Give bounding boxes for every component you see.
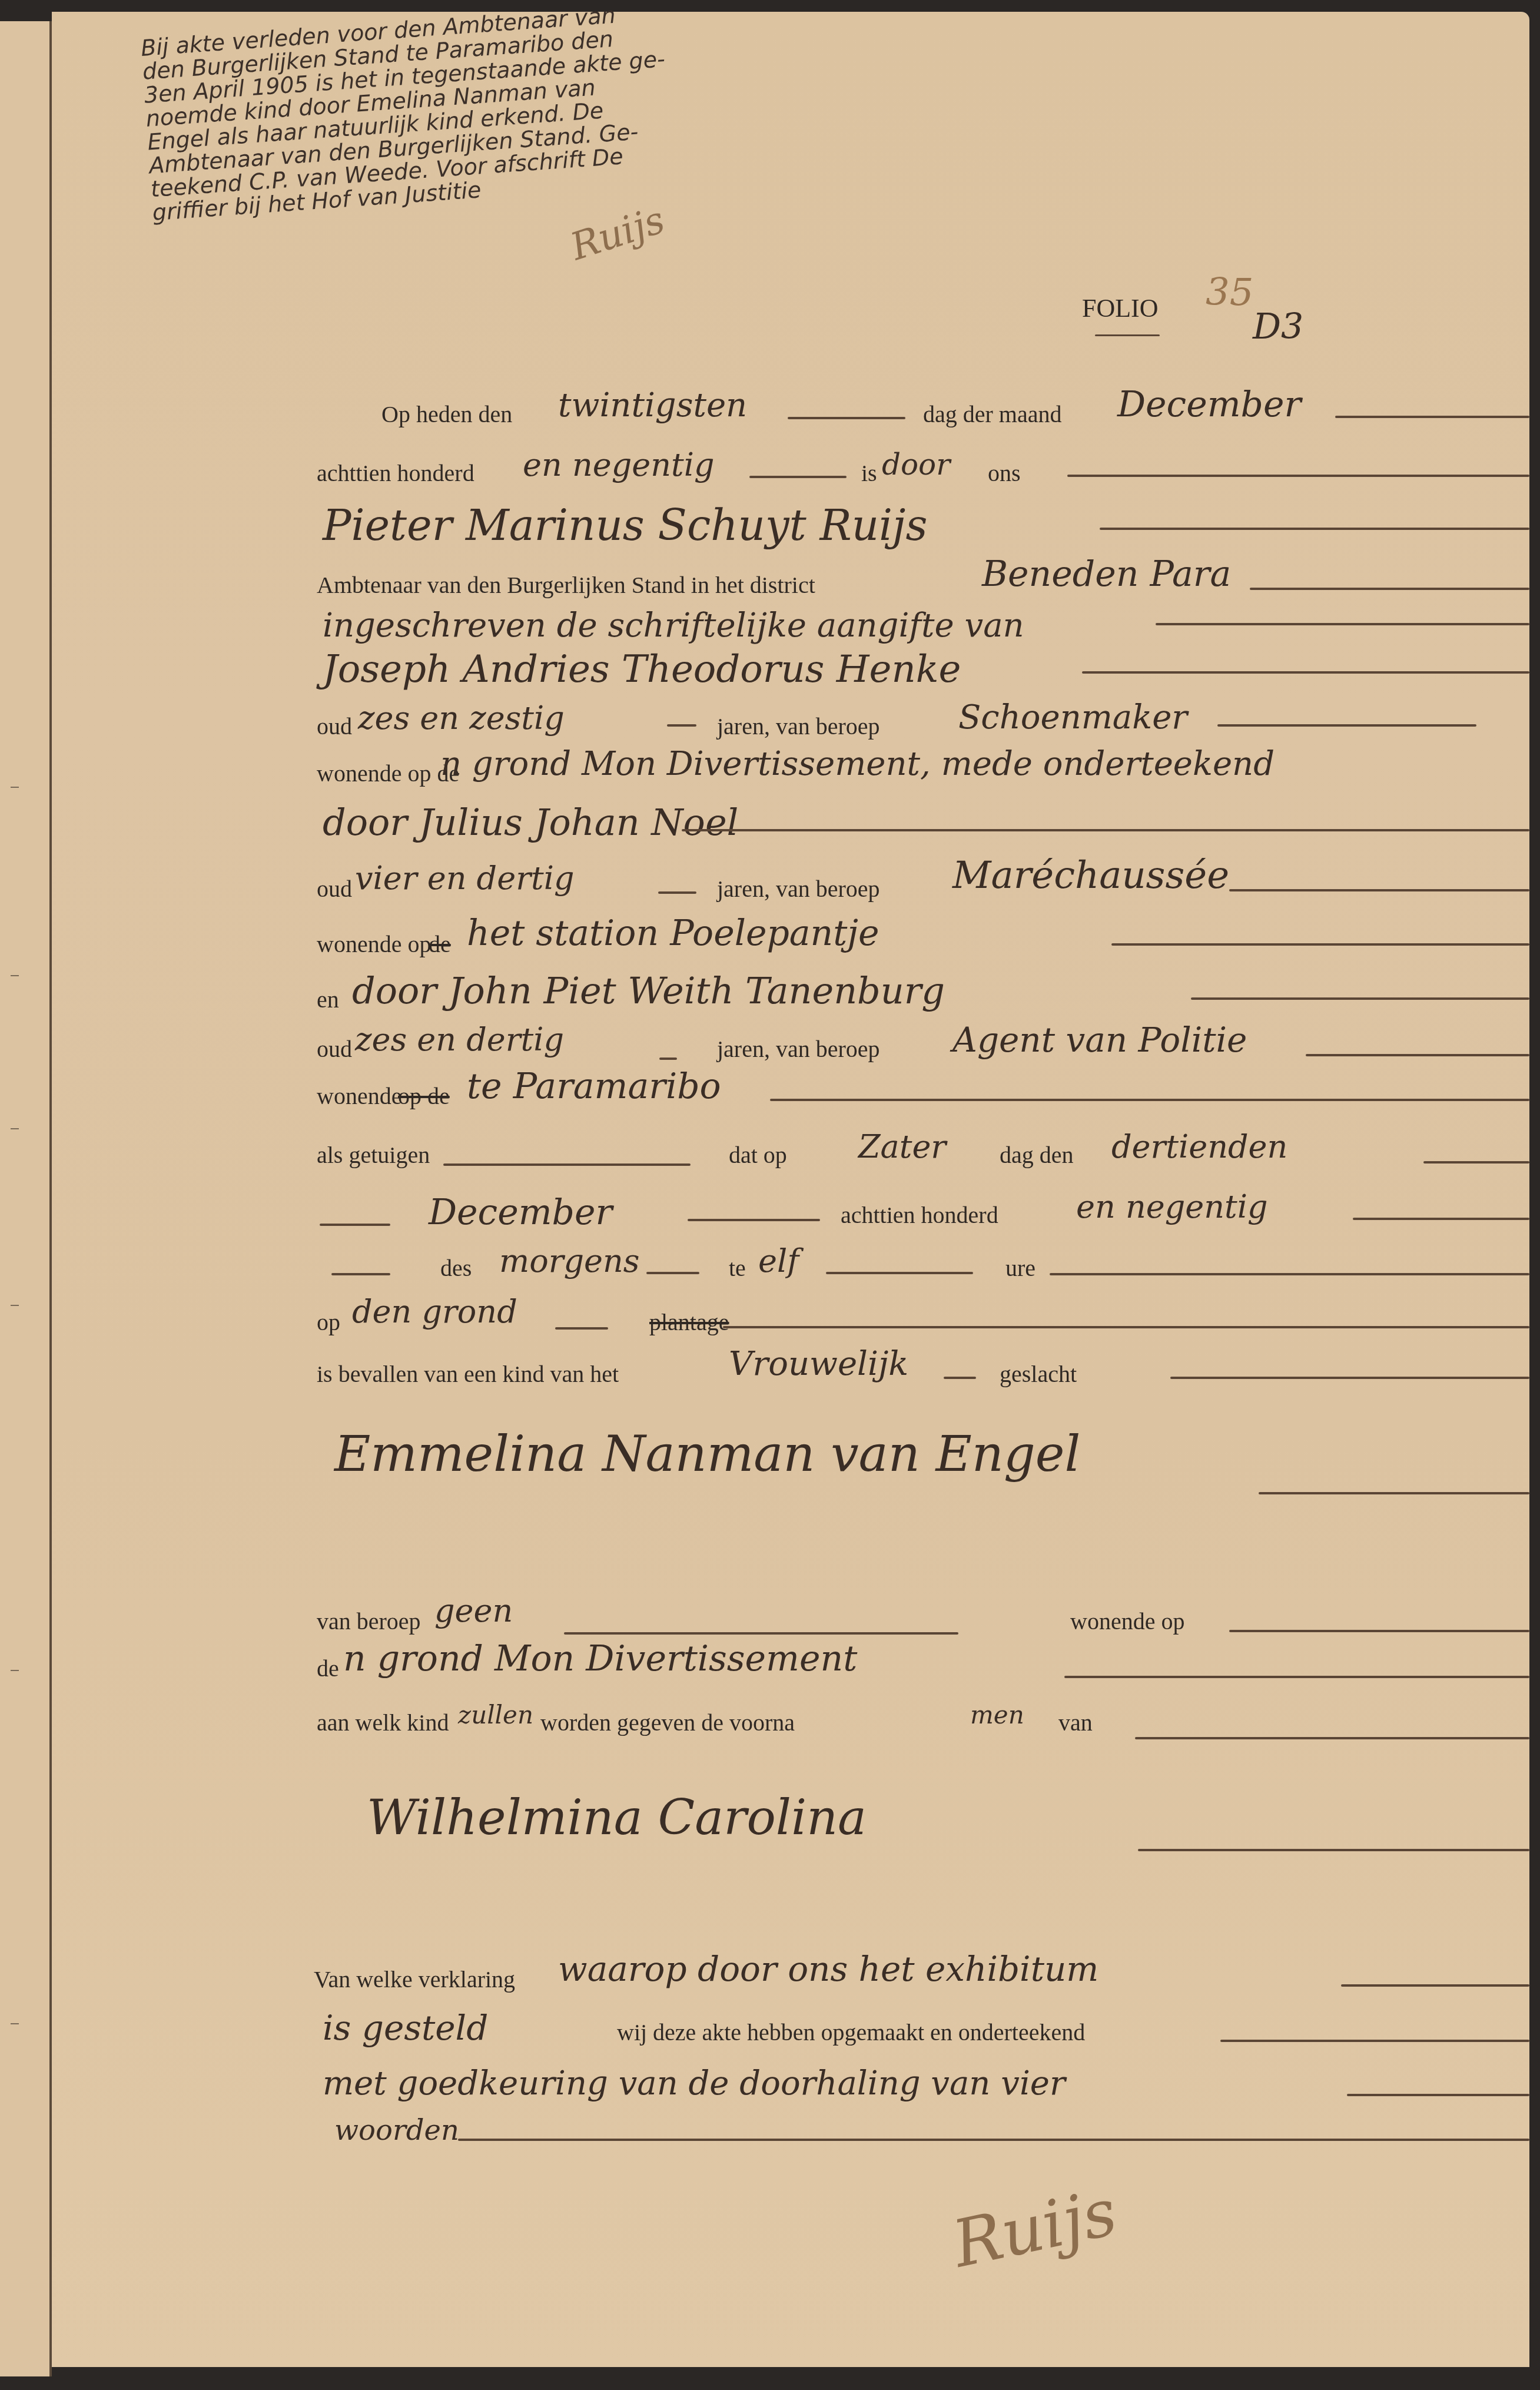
handwritten-age: vier en dertig — [355, 860, 575, 897]
fill-line — [646, 1272, 699, 1274]
fill-line — [749, 476, 847, 478]
fill-line — [688, 1219, 820, 1221]
fill-line — [1259, 1492, 1529, 1494]
printed-text: Ambtenaar van den Burgerlijken Stand in … — [317, 571, 815, 599]
fill-line — [1217, 724, 1476, 727]
printed-text: dag den — [1000, 1141, 1074, 1169]
handwritten-mother-name: Emmelina Nanman van Engel — [334, 1425, 1080, 1483]
handwritten-place: den grond — [352, 1293, 517, 1330]
fill-line — [723, 1326, 1529, 1328]
printed-text: van beroep — [317, 1607, 421, 1635]
printed-text: oud — [317, 712, 352, 740]
fill-line — [944, 1377, 976, 1379]
fill-line — [1064, 1676, 1529, 1678]
fill-line — [1100, 528, 1529, 530]
printed-text: van — [1058, 1709, 1093, 1736]
fill-line — [1138, 1849, 1529, 1851]
printed-text: Van welke verklaring — [314, 1965, 515, 1993]
handwritten-residence: te Paramaribo — [467, 1066, 721, 1107]
handwritten-time-of-day: morgens — [499, 1242, 640, 1279]
printed-text: jaren, van beroep — [717, 875, 880, 903]
printed-text: worden gegeven de voorna — [540, 1709, 795, 1736]
fill-line — [1306, 1054, 1529, 1056]
printed-text: is bevallen van een kind van het — [317, 1360, 619, 1388]
folio-annotation: D3 — [1253, 306, 1303, 347]
handwritten-birth-year: en negentig — [1076, 1188, 1267, 1225]
printed-text: geslacht — [1000, 1360, 1077, 1388]
fill-line — [826, 1272, 973, 1274]
fill-line — [1067, 475, 1529, 477]
printed-text: des — [440, 1254, 472, 1282]
folio-label: FOLIO — [1082, 293, 1159, 323]
fill-line — [1335, 416, 1529, 418]
printed-text: achttien honderd — [841, 1201, 998, 1229]
fill-line — [564, 1632, 958, 1635]
printed-text: wonende op de — [317, 760, 459, 787]
fill-line — [682, 829, 1529, 831]
fill-line — [320, 1224, 390, 1226]
handwritten-witness1-name: door Julius Johan Noel — [323, 801, 738, 844]
fill-line — [458, 2139, 1529, 2141]
printed-text: jaren, van beroep — [717, 1035, 880, 1063]
printed-text: jaren, van beroep — [717, 712, 880, 740]
fill-line — [770, 1099, 1529, 1101]
handwritten-mother-residence: n grond Mon Divertissement — [343, 1638, 857, 1679]
handwritten-declarant-name: Joseph Andries Theodorus Henke — [323, 648, 961, 691]
handwritten-age: zes en zestig — [358, 700, 565, 737]
printed-text: ons — [988, 459, 1021, 487]
handwritten-occupation: Maréchaussée — [952, 854, 1229, 897]
fill-line — [659, 1058, 677, 1060]
printed-text: is — [861, 459, 877, 487]
printed-text: wonende op — [1070, 1607, 1184, 1635]
fill-line — [331, 1273, 390, 1275]
printed-text: dat op — [729, 1141, 787, 1169]
printed-text: oud — [317, 875, 352, 903]
printed-text: ure — [1005, 1254, 1035, 1282]
handwritten-occupation: Schoenmaker — [958, 698, 1187, 737]
handwritten-residence: het station Poelepantje — [467, 913, 879, 954]
handwritten-age: zes en dertig — [355, 1021, 564, 1058]
printed-text: wij deze akte hebben opgemaakt en ondert… — [617, 2018, 1085, 2046]
margin-note-signature: Ruijs — [566, 198, 670, 270]
fill-line — [658, 891, 696, 894]
struck-printed-text: de — [429, 930, 451, 958]
printed-text: en — [317, 986, 339, 1013]
fill-line — [1050, 1273, 1529, 1275]
fill-line — [1250, 588, 1529, 590]
handwritten-witness2-name: door John Piet Weith Tanenburg — [352, 969, 945, 1012]
fill-line — [1220, 2040, 1529, 2042]
handwritten-text: door — [882, 447, 950, 482]
handwritten-text: met goedkeuring van de doorhaling van vi… — [323, 2064, 1066, 2103]
document-page: Bij akte verleden voor den Ambtenaar van… — [52, 12, 1529, 2367]
handwritten-registrar-name: Pieter Marinus Schuyt Ruijs — [323, 500, 927, 550]
printed-text: achttien honderd — [317, 459, 474, 487]
handwritten-child-name: Wilhelmina Carolina — [367, 1790, 867, 1846]
fill-line — [1229, 889, 1529, 891]
handwritten-text: zullen — [458, 1700, 533, 1729]
handwritten-occupation: Agent van Politie — [952, 1020, 1247, 1060]
handwritten-month: December — [1117, 384, 1301, 425]
printed-text: te — [729, 1254, 746, 1282]
handwritten-text: ingeschreven de schriftelijke aangifte v… — [323, 606, 1024, 645]
handwritten-sex: Vrouwelijk — [729, 1345, 908, 1383]
fill-line — [1082, 671, 1529, 674]
fill-line — [667, 724, 696, 727]
fill-line — [1423, 1161, 1529, 1163]
printed-text: wonende op — [317, 930, 431, 958]
printed-text: op — [317, 1308, 340, 1336]
fill-line — [1229, 1630, 1529, 1632]
handwritten-text: is gesteld — [323, 2008, 488, 2048]
handwritten-residence: n grond Mon Divertissement, mede onderte… — [440, 745, 1275, 783]
folio-number: 35 — [1206, 271, 1253, 314]
printed-text: oud — [317, 1035, 352, 1063]
facing-page-edge — [0, 21, 49, 2376]
printed-text: de — [317, 1655, 339, 1682]
fill-line — [1156, 623, 1529, 625]
fill-line — [1135, 1737, 1529, 1739]
folio-underline — [1095, 334, 1160, 336]
fill-line — [1341, 1984, 1529, 1987]
fill-line — [1170, 1377, 1529, 1379]
handwritten-birth-day: dertienden — [1111, 1128, 1287, 1165]
printed-text: als getuigen — [317, 1141, 430, 1169]
handwritten-year: en negentig — [523, 446, 714, 483]
handwritten-birth-month: December — [429, 1192, 612, 1233]
fill-line — [443, 1163, 691, 1166]
handwritten-weekday: Zater — [858, 1128, 946, 1165]
fill-line — [1347, 2094, 1529, 2096]
registrar-signature: Ruijs — [947, 2174, 1123, 2282]
fill-line — [1353, 1218, 1529, 1220]
margin-annotation: Bij akte verleden voor den Ambtenaar van… — [140, 0, 887, 224]
printed-text: aan welk kind — [317, 1709, 449, 1736]
printed-text: wonende — [317, 1082, 401, 1110]
fill-line — [788, 417, 905, 419]
handwritten-text: woorden — [334, 2114, 459, 2147]
handwritten-day: twintigsten — [558, 386, 747, 425]
handwritten-hour: elf — [758, 1242, 799, 1279]
handwritten-text: men — [970, 1700, 1024, 1729]
fill-line — [1111, 943, 1529, 946]
printed-text: dag der maand — [923, 400, 1061, 428]
fill-line — [1191, 997, 1529, 1000]
handwritten-mother-occupation: geen — [434, 1592, 513, 1629]
struck-printed-text: plantage — [649, 1308, 729, 1336]
fill-line — [555, 1327, 608, 1330]
handwritten-district: Beneden Para — [982, 553, 1231, 595]
printed-text: Op heden den — [381, 400, 512, 428]
struck-printed-text: op de — [398, 1082, 450, 1110]
handwritten-text: waarop door ons het exhibitum — [558, 1949, 1098, 1989]
